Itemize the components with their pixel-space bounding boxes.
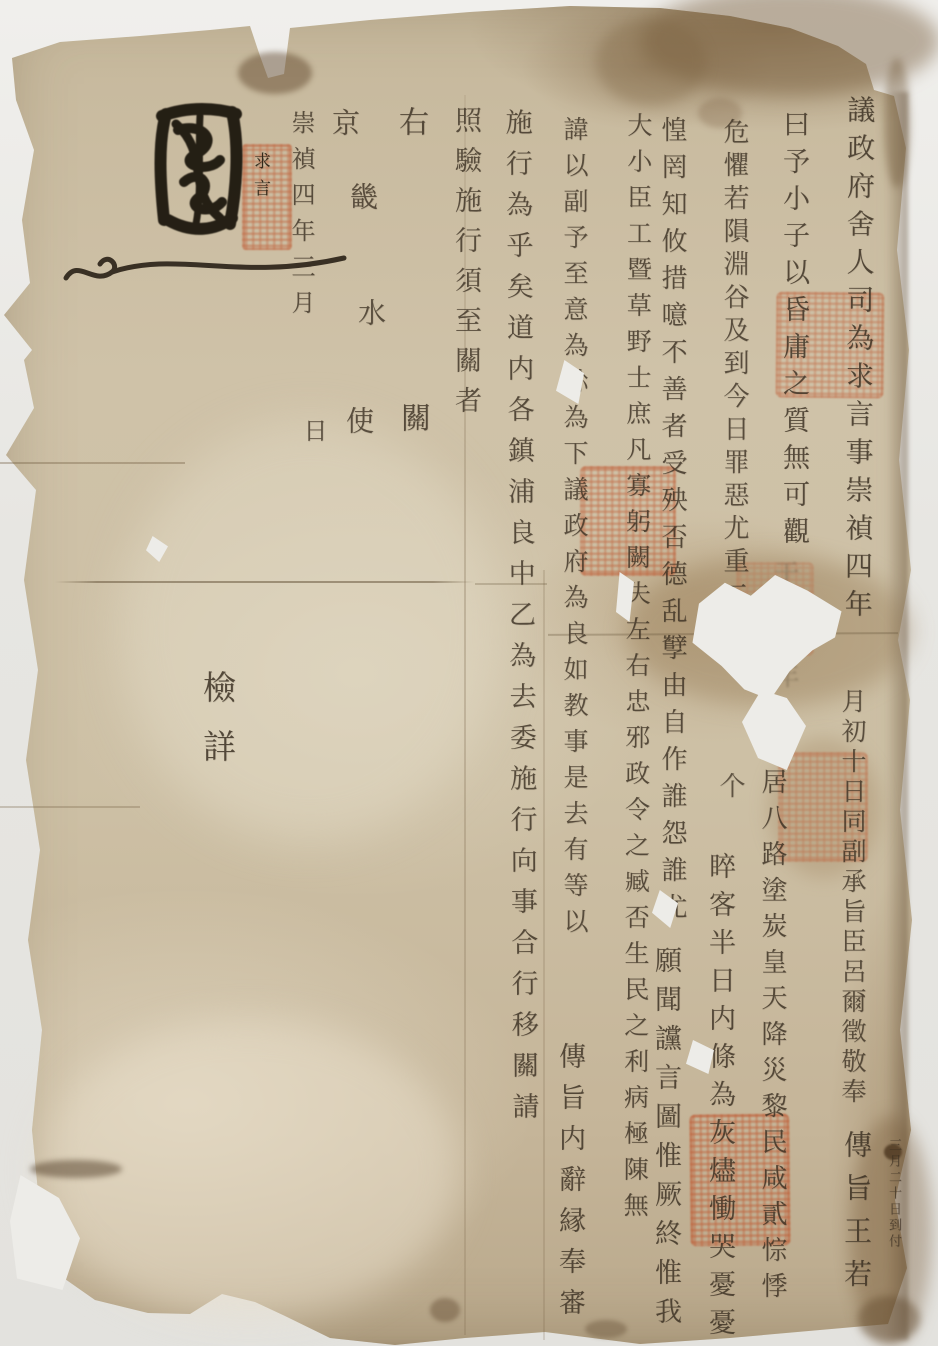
addressee-char-1: 京 bbox=[324, 108, 364, 136]
black-signature-stamp bbox=[148, 102, 250, 240]
text-column-4a: 惶罔知攸措噫不善者受殃否德乱孼由自作誰怨誰尤 bbox=[654, 116, 691, 930]
text-column-8: 照驗施行須至關者 bbox=[446, 106, 485, 426]
addressee-char-4: 使 bbox=[338, 406, 378, 434]
text-column-3b: 个 bbox=[712, 772, 749, 798]
text-column-3a: 危懼若隕淵谷及到今日罪惡尤重二日 bbox=[716, 118, 753, 646]
date-column: 崇禎四年三月 bbox=[284, 110, 319, 326]
arrival-note: 三月二十日到付 bbox=[884, 1138, 903, 1250]
photo-of-document: 議政府舍人司為求言事崇禎四年 月初十日同副承旨臣呂爾徵敬奉 傳旨王若 曰予小子以… bbox=[0, 0, 938, 1346]
text-column-1a: 議政府舍人司為求言事崇禎四年 bbox=[837, 95, 880, 627]
text-column-2c: 尸居八路塗炭皇天降災黎民咸貳悰悸 bbox=[754, 732, 791, 1308]
addressee-char-2: 畿 bbox=[342, 182, 382, 210]
text-column-7: 施行為乎矣道内各鎮浦良中乙為去委施行向事合行移關請 bbox=[496, 108, 542, 1133]
text-column-6a: 諱以副予至意為㫆為下議政府為良如教事是去有等以 bbox=[556, 116, 592, 944]
text-column-6b: 傳旨内辭縁奉審 bbox=[550, 1042, 589, 1329]
text-column-9-gwan: 關 bbox=[390, 402, 434, 432]
text-column-3c: 睟客半日内條為灰燼慟哭憂憂 bbox=[700, 852, 739, 1346]
text-column-2a: 曰予小子以昏庸之質無可觀 bbox=[774, 110, 813, 554]
docket-keyword: 求言 bbox=[248, 152, 273, 206]
reviewer-note: 檢詳 bbox=[194, 670, 241, 788]
text-column-1b: 月初十日同副承旨臣呂爾徵敬奉 bbox=[834, 688, 870, 1108]
addressee-char-3: 水 bbox=[350, 298, 390, 326]
text-column-1c: 傳旨王若 bbox=[836, 1130, 876, 1302]
text-column-5: 大小臣工暨草野士庶凡寡躬闕失左右忠邪政令之臧否生民之利病極陳無 bbox=[616, 112, 656, 1228]
date-day-char: 日 bbox=[296, 418, 331, 442]
text-column-9-right: 右 bbox=[388, 106, 432, 136]
